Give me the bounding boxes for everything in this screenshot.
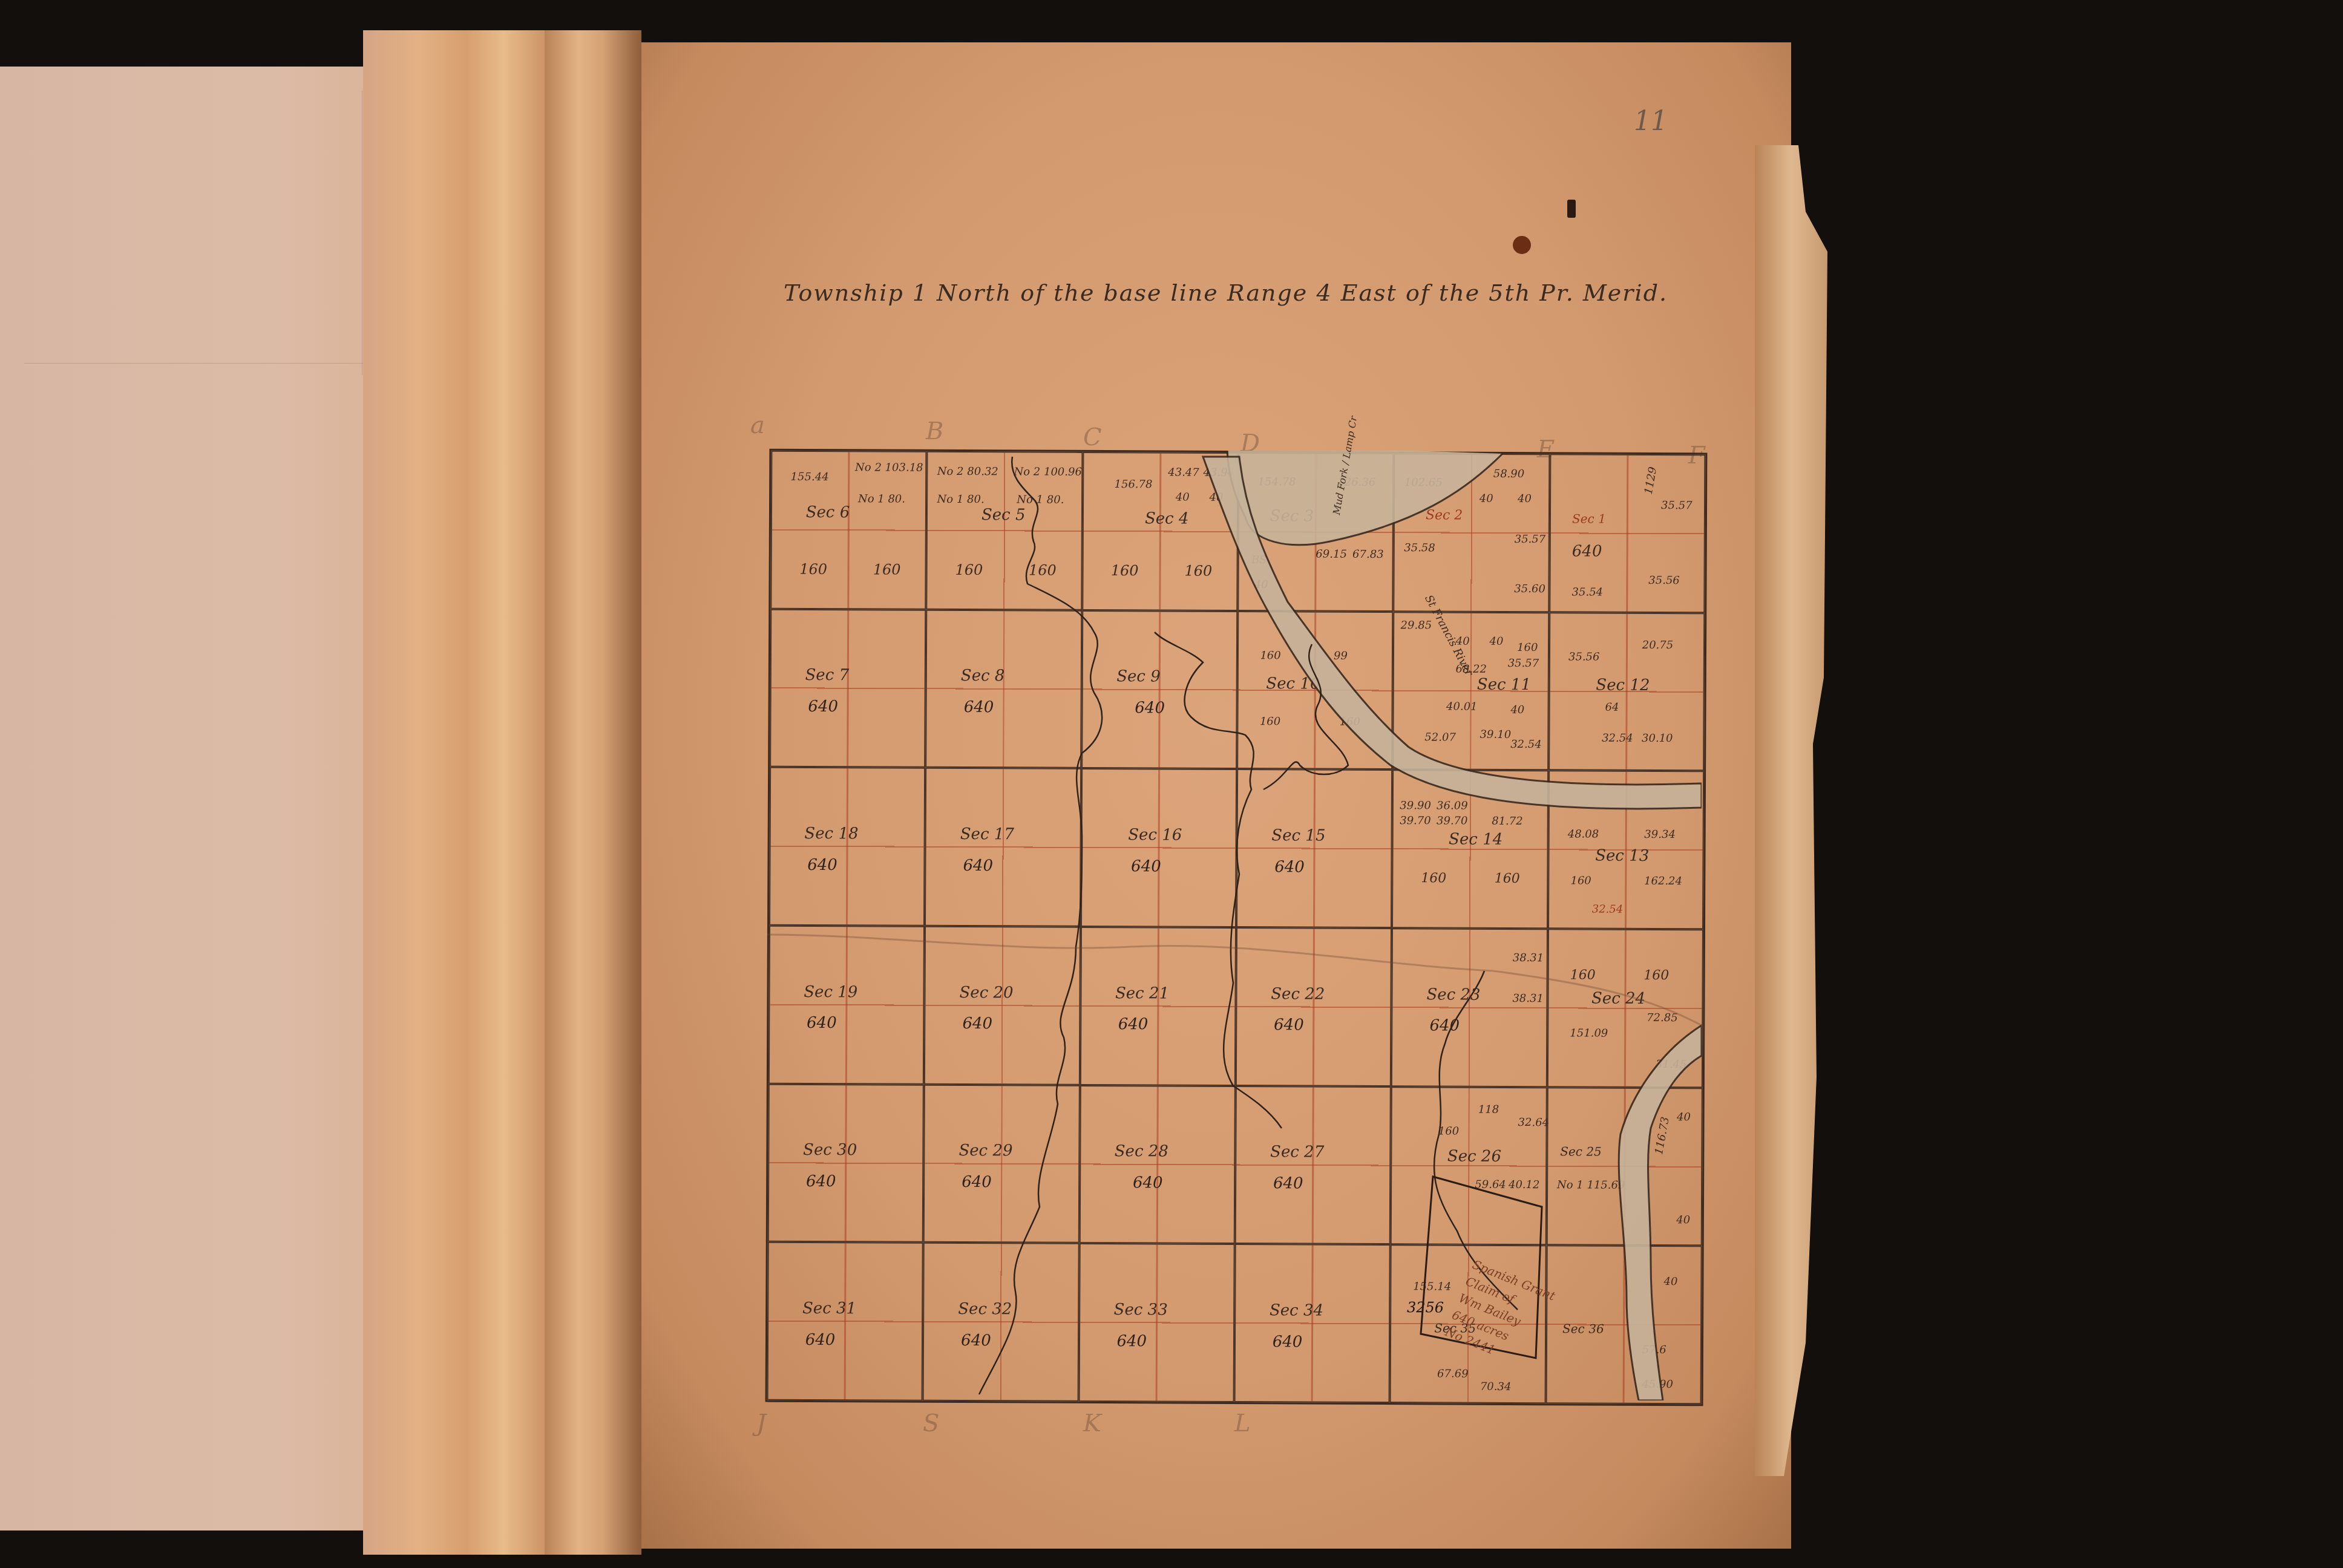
lot-value: 58.90: [1493, 467, 1525, 480]
section-label: Sec 10: [1266, 675, 1320, 693]
lot-value: 48.08: [1568, 828, 1599, 840]
lot-value: 29.85: [1401, 619, 1432, 632]
lot-value: 160: [1184, 563, 1212, 580]
section-label: Sec 7: [805, 666, 849, 684]
section-16: Sec 16 640: [1081, 768, 1237, 927]
lot-value: 160: [1260, 715, 1280, 728]
lot-value: 99: [1334, 650, 1348, 662]
lot-value: 43.47: [1168, 466, 1199, 479]
lot-value: 35.57: [1515, 533, 1546, 546]
section-label: Sec 14: [1449, 831, 1502, 849]
lot-value: 160: [1421, 871, 1446, 886]
section-10: 160 99 Sec 10 160 160: [1237, 611, 1393, 770]
section-label: Sec 22: [1271, 985, 1325, 1003]
lot-value: 32.54: [1592, 903, 1624, 915]
section-acres: 640: [1273, 1333, 1303, 1351]
section-label: Sec 26: [1447, 1147, 1501, 1165]
section-acres: 640: [964, 698, 994, 716]
ink-mark: [1567, 200, 1576, 218]
lot-value: 160: [955, 561, 983, 578]
lot-value: 160: [1643, 968, 1669, 983]
lot-value: 43.94: [1203, 466, 1234, 479]
lot-value: 57.6: [1642, 1344, 1666, 1356]
lot-value: 38.31: [1513, 952, 1544, 964]
lot-value: 118: [1478, 1103, 1499, 1116]
lot-value: 39.10: [1480, 728, 1512, 741]
book-gutter: [545, 30, 641, 1555]
section-label: Sec 18: [804, 825, 858, 843]
section-acres: 640: [808, 697, 838, 716]
section-label: Sec 9: [1116, 668, 1161, 686]
page-number: 11: [1634, 106, 1668, 137]
lot-value: 35.57: [1508, 657, 1539, 670]
section-26: 118 32.64 160 Sec 26 59.64 40.12: [1391, 1086, 1547, 1246]
section-acres: 640: [1273, 1174, 1303, 1192]
lot-value: 52.07: [1424, 731, 1456, 744]
section-label: Sec 21: [1115, 984, 1169, 1002]
section-label: Sec 3: [1270, 507, 1314, 525]
lot-value: No 1 80.: [1017, 493, 1064, 506]
lot-value: BS: [1251, 554, 1267, 566]
lot-value: 30.10: [1642, 732, 1673, 745]
section-label: Sec 8: [961, 667, 1005, 685]
lot-value: 102.65: [1404, 476, 1443, 489]
pencil-letter: J: [756, 1410, 766, 1437]
section-label: Sec 5: [981, 506, 1026, 524]
lot-value: 155.44: [791, 471, 829, 483]
section-label: Sec 34: [1270, 1301, 1323, 1319]
lot-value: 35.56: [1568, 651, 1600, 664]
section-label: Sec 6: [806, 503, 850, 521]
lot-value: 40: [1510, 704, 1524, 716]
lot-value: 1129: [1642, 466, 1659, 495]
section-label: Sec 11: [1477, 675, 1531, 693]
lot-value: 36.09: [1437, 799, 1468, 812]
section-label: Sec 20: [960, 984, 1014, 1002]
section-label: Sec 17: [960, 825, 1014, 843]
section-label: Sec 13: [1595, 847, 1649, 865]
lot-value: 39.70: [1400, 815, 1431, 828]
section-acres: 640: [1429, 1017, 1460, 1035]
lot-value: 39.34: [1644, 828, 1676, 841]
lot-value: 39.90: [1400, 799, 1431, 812]
section-31: Sec 31 640: [767, 1242, 923, 1401]
lot-value: 160: [1438, 1125, 1459, 1138]
section-15: Sec 15 640: [1236, 769, 1392, 928]
section-label: Sec 32: [958, 1300, 1012, 1318]
lot-value: No 1 115.69: [1557, 1178, 1625, 1191]
lot-value: 40: [1677, 1111, 1691, 1123]
lot-value: 155.14: [1413, 1280, 1451, 1293]
lot-value: 40: [1480, 492, 1493, 505]
section-20: Sec 20 640: [924, 926, 1080, 1085]
section-24: 160 160 Sec 24 151.09 72.85 31.45: [1547, 929, 1703, 1088]
section-acres: 640: [963, 857, 994, 875]
section-acres: 640: [807, 856, 837, 874]
lot-value: 70.34: [1480, 1380, 1512, 1393]
lot-value: 40.01: [1446, 700, 1478, 713]
lot-value: 3256: [1407, 1299, 1444, 1316]
section-28: Sec 28 640: [1079, 1085, 1235, 1244]
lot-value: 40: [1676, 1214, 1690, 1226]
section-label: Sec 12: [1596, 676, 1650, 694]
lot-value: 39.70: [1437, 815, 1468, 828]
lot-value: 20.75: [1642, 639, 1674, 652]
lot-value: 40: [1176, 491, 1190, 503]
section-acres: 640: [1116, 1332, 1147, 1350]
lot-value: 160: [1340, 715, 1360, 728]
section-13: 48.08 39.34 Sec 13 160 162.24 32.54: [1548, 771, 1704, 930]
pencil-letter: a: [750, 411, 765, 439]
section-7: Sec 7 640: [770, 609, 926, 768]
faint-rule: [24, 363, 363, 364]
section-label: Sec 1: [1572, 511, 1606, 526]
section-12: 35.56 20.75 Sec 12 64 32.54 30.10: [1548, 612, 1705, 771]
lot-value: 640: [1572, 543, 1602, 561]
section-11: 29.85 40 40 160 68.22 35.57 Sec 11 40.01…: [1392, 612, 1548, 771]
page-edge-stack: [1755, 145, 1827, 1476]
left-page-edges: [363, 30, 551, 1555]
section-22: Sec 22 640: [1236, 927, 1392, 1086]
pencil-letter: C: [1083, 423, 1102, 451]
lot-value: 35.54: [1571, 586, 1603, 599]
section-label: Sec 24: [1591, 989, 1645, 1007]
lot-value: 67.69: [1437, 1368, 1469, 1380]
section-21: Sec 21 640: [1080, 927, 1236, 1086]
section-label: Sec 4: [1145, 509, 1189, 528]
section-33: Sec 33 640: [1078, 1243, 1234, 1402]
lot-value: 160: [1495, 871, 1520, 886]
lot-value: 72.85: [1647, 1011, 1678, 1024]
lot-value: 35.60: [1514, 583, 1545, 595]
lot-value: 160: [1517, 641, 1538, 654]
lot-value: 32.54: [1602, 732, 1633, 745]
section-14: 39.90 36.09 39.70 39.70 81.72 Sec 14 160…: [1392, 769, 1548, 929]
section-19: Sec 19 640: [768, 926, 925, 1085]
section-29: Sec 29 640: [923, 1084, 1080, 1243]
lot-value: 67.83: [1352, 547, 1384, 560]
lot-value: No 2 103.18: [855, 462, 923, 474]
section-label: Sec 29: [958, 1142, 1012, 1160]
lot-value: 40: [1209, 491, 1223, 504]
lot-value: 35.57: [1661, 499, 1693, 512]
lot-value: 64: [1605, 701, 1619, 714]
pencil-letter: L: [1234, 1410, 1251, 1437]
lot-value: No 2 100.96: [1014, 465, 1082, 478]
section-23: Sec 23 640 38.31 38.31: [1391, 928, 1547, 1087]
ink-stain: [1513, 236, 1531, 254]
lot-value: 162.24: [1644, 875, 1682, 887]
section-label: Sec 23: [1426, 985, 1480, 1004]
section-27: Sec 27 640: [1235, 1086, 1391, 1245]
lot-value: 156.78: [1114, 478, 1152, 491]
lot-value: No 1 80.: [858, 492, 905, 505]
section-acres: 640: [805, 1331, 836, 1349]
section-6: 155.44 No 2 103.18 No 1 80. Sec 6 160 16…: [770, 451, 926, 610]
section-25: Sec 25 No 1 115.69 116.73 40 40: [1546, 1087, 1702, 1246]
section-acres: 640: [1131, 857, 1161, 875]
section-label: Sec 27: [1270, 1143, 1324, 1161]
section-label: Sec 2: [1426, 508, 1463, 523]
pencil-letter: S: [923, 1410, 939, 1437]
lot-value: 40: [1489, 635, 1503, 648]
faint-vrule: [362, 91, 362, 375]
lot-value: 40.12: [1509, 1178, 1540, 1191]
section-acres: 640: [806, 1172, 836, 1191]
lot-value: No 1 80.: [937, 493, 985, 506]
section-30: Sec 30 640: [768, 1083, 924, 1243]
lot-value: 45.90: [1642, 1378, 1673, 1391]
lot-value: 40: [1664, 1275, 1678, 1288]
lot-value: 35.58: [1404, 541, 1435, 554]
section-5: No 2 80.32 No 2 100.96 No 1 80. No 1 80.…: [926, 451, 1083, 610]
section-label: Sec 19: [804, 983, 857, 1001]
section-label: Sec 16: [1128, 826, 1182, 844]
section-8: Sec 8 640: [925, 609, 1081, 768]
section-32: Sec 32 640: [923, 1243, 1079, 1402]
lot-value: 59.64: [1475, 1178, 1506, 1191]
lot-value: 32.64: [1518, 1116, 1550, 1129]
lot-value: 35.56: [1648, 574, 1680, 587]
section-acres: 640: [961, 1331, 991, 1350]
section-label: Sec 30: [803, 1141, 857, 1159]
section-2: 102.65 58.90 40 40 35.58 35.57 35.60 Sec…: [1394, 453, 1550, 612]
section-3: 154.78 126.36 Sec 3 69.15 67.83 40 BS: [1237, 452, 1394, 612]
section-34: Sec 34 640: [1234, 1244, 1391, 1403]
section-acres: 640: [1133, 1174, 1163, 1192]
township-grid: 155.44 No 2 103.18 No 1 80. Sec 6 160 16…: [765, 449, 1708, 1406]
section-9: Sec 9 640: [1081, 610, 1237, 769]
section-label: Sec 15: [1271, 826, 1325, 844]
section-acres: 640: [962, 1173, 992, 1191]
section-acres: 640: [1274, 1016, 1304, 1034]
lot-value: 160: [1570, 875, 1591, 887]
section-acres: 640: [1274, 858, 1305, 876]
section-label: Sec 25: [1560, 1145, 1602, 1159]
lot-value: 160: [873, 561, 901, 578]
lot-value: 160: [1260, 650, 1280, 662]
lot-value: 69.15: [1316, 547, 1347, 560]
section-acres: 640: [962, 1014, 992, 1033]
lot-value: 160: [1111, 562, 1139, 579]
township-title: Township 1 North of the base line Range …: [784, 279, 1668, 306]
lot-value: 160: [1029, 562, 1057, 579]
section-label: Sec 28: [1115, 1143, 1168, 1161]
lot-value: 40: [1518, 492, 1532, 505]
section-1: 1129 35.57 640 35.56 35.54 Sec 1: [1549, 454, 1705, 613]
section-acres: 640: [807, 1014, 837, 1032]
lot-value: 31.45: [1656, 1058, 1687, 1071]
section-label: Sec 33: [1114, 1301, 1168, 1319]
lot-value: 151.09: [1570, 1027, 1608, 1039]
lot-value: 38.31: [1512, 992, 1544, 1005]
lot-value: No 2 80.32: [937, 465, 998, 477]
pencil-letter: K: [1083, 1410, 1101, 1437]
lot-value: 160: [799, 561, 827, 578]
section-4: 156.78 43.47 43.94 40 40 Sec 4 160 160: [1082, 452, 1238, 611]
pencil-letter: B: [926, 417, 943, 445]
lot-value: 160: [1570, 967, 1596, 982]
section-18: Sec 18 640: [769, 767, 925, 926]
section-acres: 640: [1118, 1015, 1149, 1033]
lot-value: 81.72: [1492, 815, 1523, 828]
section-acres: 640: [1135, 699, 1165, 717]
section-17: Sec 17 640: [925, 768, 1081, 927]
lot-value: 32.54: [1510, 738, 1542, 751]
lot-value: 116.73: [1653, 1116, 1672, 1155]
lot-value: 40: [1254, 578, 1268, 591]
section-label: Sec 31: [802, 1299, 856, 1318]
lot-value: 154.78: [1258, 475, 1296, 488]
